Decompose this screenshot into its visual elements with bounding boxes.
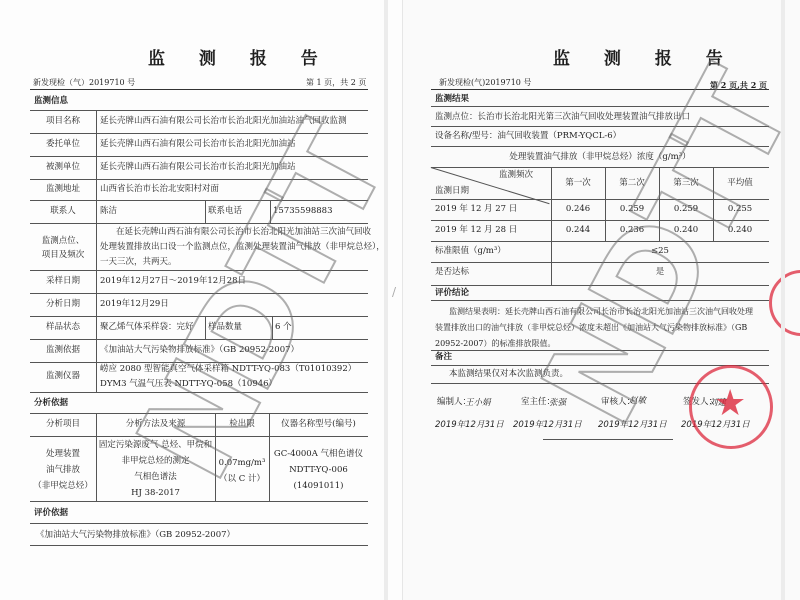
- divider: [431, 126, 769, 127]
- field-label: 样品数量: [208, 322, 242, 333]
- report-number: 新发现检(气)2019710 号: [439, 77, 531, 88]
- section-heading: 备注: [435, 352, 452, 363]
- corner-header: 监测日期: [435, 186, 469, 197]
- field-label: 联系人: [30, 206, 96, 217]
- divider: [30, 89, 368, 90]
- analysis-item: （非甲烷总烃）: [30, 481, 96, 492]
- result-value: 0.240: [659, 225, 713, 236]
- analysis-item: 处理装置: [30, 449, 96, 460]
- result-value: 0.236: [605, 225, 659, 236]
- field-label: 项目名称: [30, 116, 96, 127]
- signature-date: 2019年12月31日: [598, 418, 667, 430]
- result-value: 0.240: [713, 225, 767, 236]
- divider: [205, 316, 206, 339]
- bleed-through-mark: /: [392, 285, 396, 299]
- divider: [205, 200, 206, 223]
- corner-header: 监测频次: [499, 170, 533, 181]
- analysis-instrument: GC-4000A 气相色谱仪: [269, 449, 368, 460]
- conclusion-text: 20952-2007）的标准排放限值。: [435, 338, 556, 349]
- instrument-value: 崂应 2080 型智能真空气体采样箱 NDTT-YQ-083（T01010392…: [100, 364, 356, 375]
- field-label: 样品状态: [30, 322, 96, 333]
- report-number: 新发现检（气）2019710 号: [33, 77, 135, 88]
- divider: [431, 300, 769, 301]
- divider: [431, 146, 769, 147]
- points-value: 一天三次，共两天。: [100, 257, 177, 268]
- project-name-value: 延长壳牌山西石油有限公司长治市长治北阳光加油站油气回收监测: [100, 116, 347, 127]
- points-value: 处理装置排放出口设一个监测点位，监测处理装置油气排放（非甲烷总烃），: [100, 242, 385, 253]
- divider: [431, 167, 769, 168]
- section-heading: 监测信息: [34, 96, 68, 107]
- instrument-value: DYM3 气温气压表 NDTT-YQ-058（10946）: [100, 379, 277, 390]
- field-label: 项目及频次: [30, 250, 96, 261]
- result-value: 0.259: [605, 204, 659, 215]
- divider: [30, 413, 368, 414]
- conclusion-text: 装置排放出口的油气排放（非甲烷总烃）浓度未超出《加油站大气污染物排放标准》（GB: [435, 322, 747, 333]
- divider: [30, 392, 368, 393]
- column-header: 检出限: [215, 419, 269, 430]
- divider: [431, 89, 769, 90]
- device-info: 设备名称/型号：油气回收装置（PRM-YQCL-6）: [435, 131, 621, 142]
- divider: [30, 179, 368, 180]
- divider: [543, 439, 673, 440]
- divider: [30, 316, 368, 317]
- analysis-method: 固定污染源废气 总烃、甲烷和: [96, 440, 215, 451]
- field-label: 监测依据: [30, 345, 96, 356]
- limit-label: 标准限值（g/m³）: [435, 246, 506, 257]
- contact-value: 陈洁: [100, 206, 117, 217]
- sample-qty-value: 6 个: [275, 322, 292, 333]
- column-header: 仪器名称型号(编号): [269, 419, 368, 430]
- divider: [30, 200, 368, 201]
- report-page-2: 监 测 报 告 新发现检(气)2019710 号 第 2 页,共 2 页 监测结…: [402, 0, 800, 600]
- column-header: 平均值: [713, 178, 767, 189]
- column-header: 分析方法及来源: [96, 419, 215, 430]
- divider: [431, 106, 769, 107]
- page-title: 监 测 报 告: [148, 44, 332, 69]
- table-caption: 处理装置油气排放（非甲烷总烃）浓度（g/m³）: [431, 152, 769, 163]
- divider: [30, 156, 368, 157]
- field-label: 被测单位: [30, 162, 96, 173]
- conclusion-text: 监测结果表明：延长壳牌山西石油有限公司长治市长治北阳光加油站三次油气回收处理: [449, 306, 753, 317]
- monitored-unit-value: 延长壳牌山西石油有限公司长治市长治北阳光加油站: [100, 162, 296, 173]
- field-label: 监测点位、: [30, 236, 96, 247]
- sample-state-value: 聚乙烯气体采样袋：完好: [100, 322, 194, 333]
- analysis-method: HJ 38-2017: [96, 488, 215, 499]
- divider: [30, 339, 368, 340]
- analysis-instrument: NDTT-YQ-006: [269, 465, 368, 476]
- divider: [30, 436, 368, 437]
- signature-prepared: 王小娟: [465, 396, 491, 408]
- compliance-value: 是: [551, 267, 769, 278]
- divider: [270, 200, 271, 223]
- divider: [431, 241, 769, 242]
- section-heading: 分析依据: [34, 398, 68, 409]
- client-value: 延长壳牌山西石油有限公司长治市长治北阳光加油站: [100, 139, 296, 150]
- analysis-method: 气相色谱法: [96, 472, 215, 483]
- detection-limit: 0.07mg/m³: [215, 458, 269, 469]
- section-heading: 监测结果: [435, 94, 469, 105]
- field-label: 监测仪器: [30, 371, 96, 382]
- signature-director: 张强: [549, 396, 566, 408]
- detection-limit: （以 C 计）: [215, 474, 269, 485]
- analysis-instrument: (14091011): [269, 481, 368, 492]
- official-stamp: ★: [689, 365, 773, 449]
- address-value: 山西省长治市长治北安阳村对面: [100, 184, 219, 195]
- analysis-item: 油气排放: [30, 465, 96, 476]
- sampling-date-value: 2019年12月27日～2019年12月28日: [100, 276, 246, 287]
- divider: [30, 501, 368, 502]
- divider: [30, 110, 368, 111]
- page-indicator: 第 1 页，共 2 页: [306, 77, 366, 88]
- field-label: 采样日期: [30, 276, 96, 287]
- phone-value: 15735598883: [273, 206, 333, 217]
- basis-value: 《加油站大气污染物排放标准》（GB 20952-2007）: [100, 345, 299, 356]
- divider: [96, 110, 97, 392]
- star-icon: ★: [714, 384, 746, 424]
- divider: [30, 523, 368, 524]
- divider: [431, 220, 769, 221]
- page-title: 监 测 报 告: [553, 44, 737, 69]
- divider: [431, 199, 769, 200]
- column-header: 分析项目: [30, 419, 96, 430]
- compliance-label: 是否达标: [435, 267, 469, 278]
- result-value: 0.246: [551, 204, 605, 215]
- result-value: 0.255: [713, 204, 767, 215]
- monitoring-point: 监测点位：长治市长治北阳光第三次油气回收处理装置油气排放出口: [435, 112, 690, 123]
- remarks-value: 本监测结果仅对本次监测负责。: [449, 369, 568, 380]
- limit-value: ≤25: [551, 246, 769, 257]
- signature-reviewer: 赵敏: [629, 394, 646, 406]
- column-header: 第三次: [659, 178, 713, 189]
- signature-date: 2019年12月31日: [435, 418, 504, 430]
- column-header: 第二次: [605, 178, 659, 189]
- divider: [30, 293, 368, 294]
- divider: [30, 223, 368, 224]
- divider: [30, 545, 368, 546]
- field-label: 监测地址: [30, 184, 96, 195]
- divider: [30, 270, 368, 271]
- divider: [30, 133, 368, 134]
- divider: [431, 350, 769, 351]
- report-page-1: 监 测 报 告 新发现检（气）2019710 号 第 1 页，共 2 页 监测信…: [0, 0, 402, 600]
- field-label: 委托单位: [30, 139, 96, 150]
- result-value: 0.244: [551, 225, 605, 236]
- result-date: 2019 年 12 月 28 日: [435, 225, 517, 236]
- field-label: 联系电话: [208, 206, 242, 217]
- signature-date: 2019年12月31日: [513, 418, 582, 430]
- divider: [272, 316, 273, 339]
- points-value: 在延长壳牌山西石油有限公司长治市长治北阳光加油站三次油气回收: [116, 227, 371, 238]
- divider: [30, 362, 368, 363]
- page-edge: [781, 0, 785, 600]
- field-label: 分析日期: [30, 299, 96, 310]
- result-value: 0.259: [659, 204, 713, 215]
- column-header: 第一次: [551, 178, 605, 189]
- divider: [431, 285, 769, 286]
- result-date: 2019 年 12 月 27 日: [435, 204, 517, 215]
- section-heading: 评价依据: [34, 508, 68, 519]
- analysis-date-value: 2019年12月29日: [100, 299, 169, 310]
- divider: [431, 262, 769, 263]
- analysis-method: 非甲烷总烃的测定: [96, 456, 215, 467]
- page-edge: [384, 0, 388, 600]
- evaluation-basis-value: 《加油站大气污染物排放标准》（GB 20952-2007）: [36, 530, 235, 541]
- section-heading: 评价结论: [435, 288, 469, 299]
